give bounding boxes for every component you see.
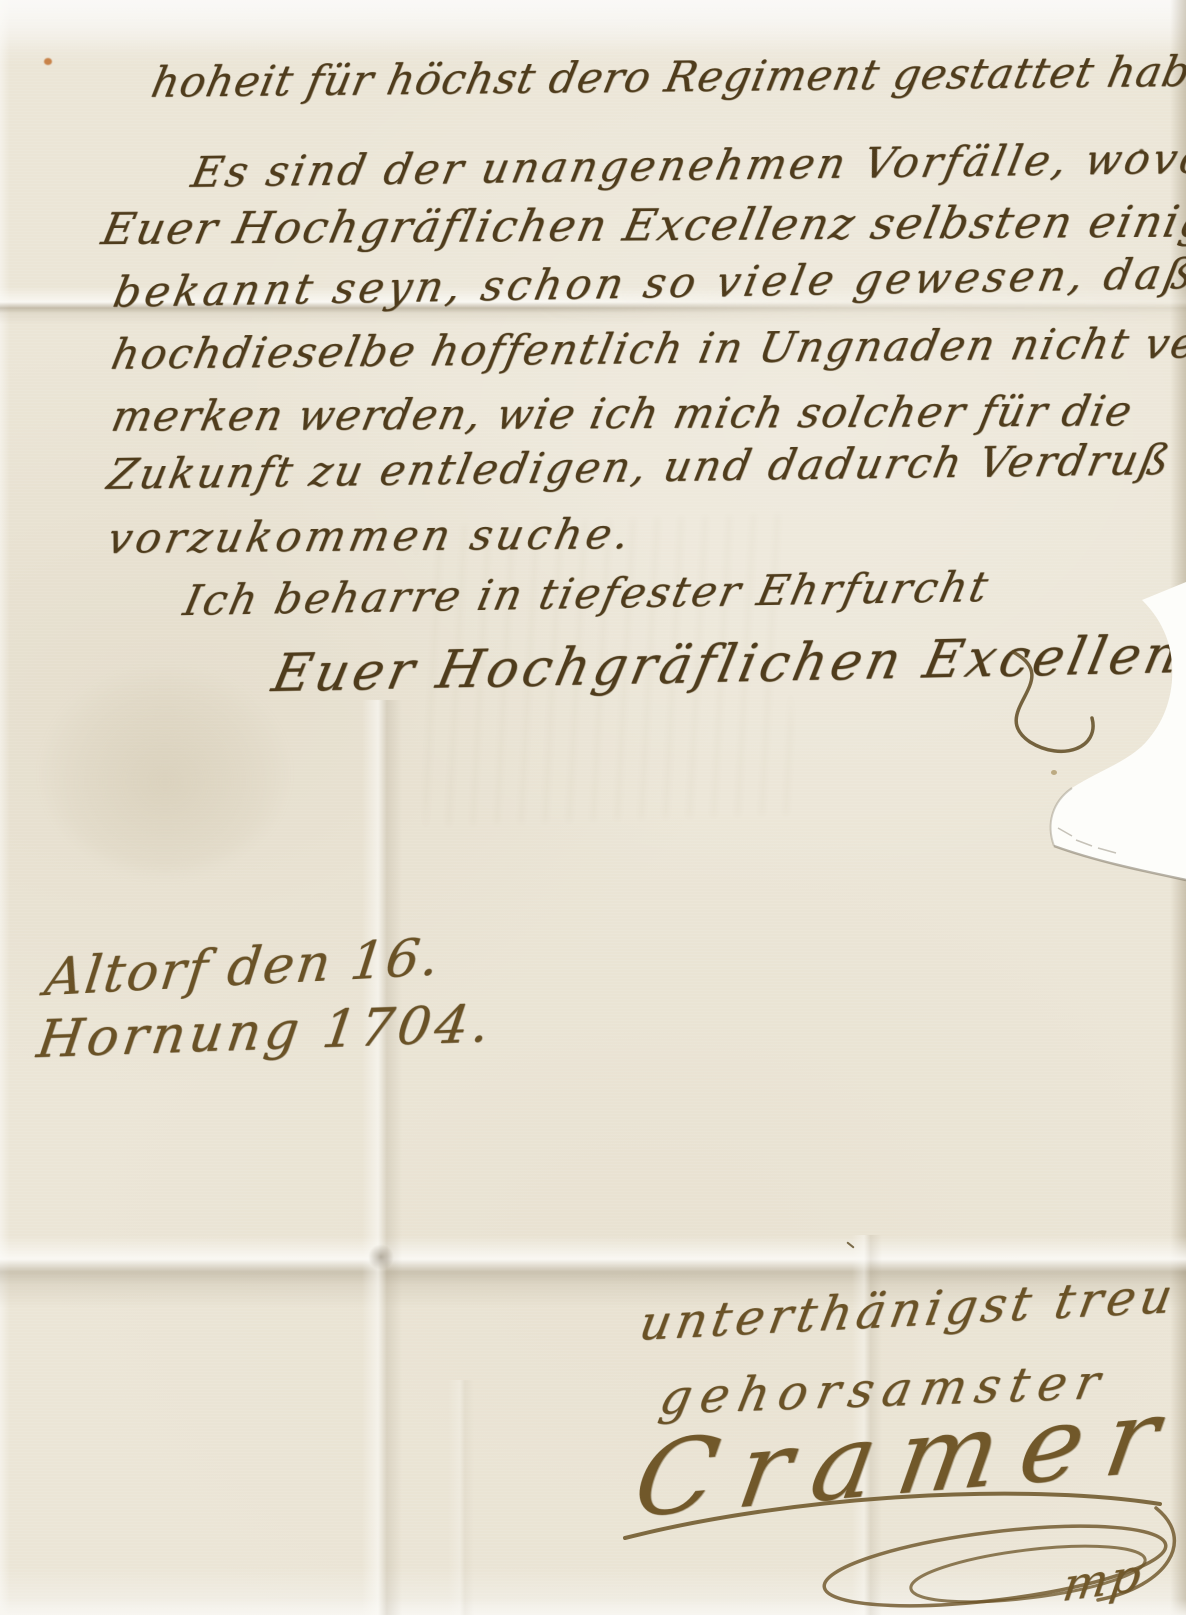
signature-paraph: mp: [1060, 1552, 1146, 1608]
letter-line-1: hoheit für höchst dero Regiment gestatte…: [148, 51, 1186, 104]
dateline-date: Hornung 1704.: [34, 998, 497, 1066]
closing-line: Ich beharre in tiefester Ehrfurcht: [180, 566, 994, 622]
fold-crease-vertical-left: [362, 700, 402, 1615]
scan-edge-top: [0, 0, 1186, 52]
paper-tear-notch: [1028, 578, 1186, 890]
letter-line-7: Zukunft zu entledigen, und dadurch Verdr…: [104, 439, 1175, 496]
letter-line-6: merken werden, wie ich mich solcher für …: [108, 391, 1137, 438]
paper-fiber: [846, 1241, 854, 1248]
signature-underline-swash: [625, 1494, 1160, 1538]
dateline-place: Altorf den 16.: [42, 932, 443, 1004]
seal-show-through: [46, 672, 284, 872]
fold-intersection-dimple: [368, 1244, 394, 1270]
paper-speck: [44, 58, 52, 65]
letter-line-3: Euer Hochgräflichen Excellenz selbsten e…: [98, 200, 1186, 252]
letter-page: hoheit für höchst dero Regiment gestatte…: [0, 0, 1186, 1615]
letter-line-8: vorzukommen suche.: [104, 513, 637, 560]
scan-edge-left: [0, 0, 10, 1615]
letter-line-5: hochdieselbe hoffentlich in Ungnaden nic…: [108, 322, 1186, 376]
letter-line-2: Es sind der unangenehmen Vorfälle, wovon: [188, 137, 1186, 194]
valediction-line-1: unterthänigst treu: [636, 1272, 1180, 1348]
fold-crease-vertical-faint: [448, 1380, 474, 1615]
letter-line-4: bekannt seyn, schon so viele gewesen, da…: [110, 253, 1186, 314]
